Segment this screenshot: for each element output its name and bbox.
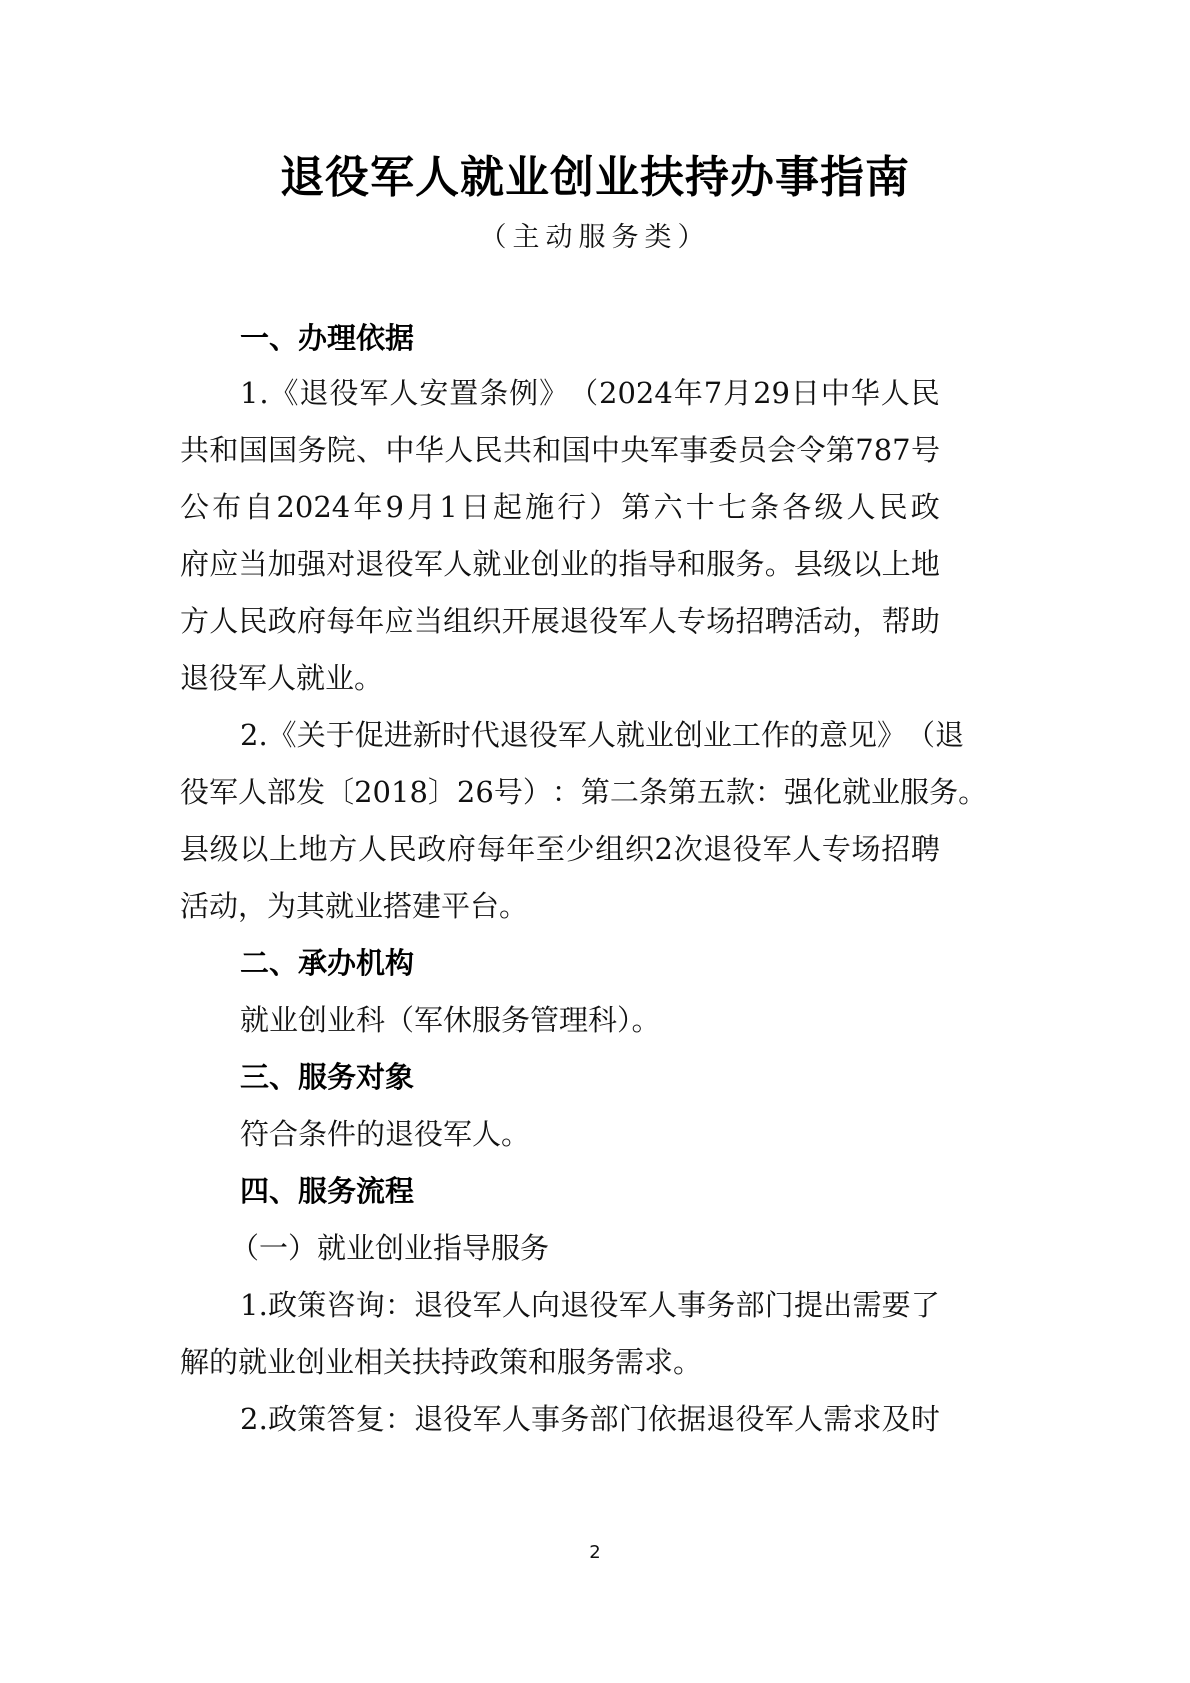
paragraph-line: 方人民政府每年应当组织开展退役军人专场招聘活动，帮助 <box>180 601 940 641</box>
document-title: 退役军人就业创业扶持办事指南 <box>0 150 1190 206</box>
paragraph-line: 公布自2024年9月1日起施行）第六十七条各级人民政 <box>180 487 940 527</box>
section-heading-basis: 一、办理依据 <box>240 318 414 358</box>
paragraph-line: 1.《退役军人安置条例》（2024年7月29日中华人民 <box>240 373 940 413</box>
paragraph-line: 2.政策答复：退役军人事务部门依据退役军人需求及时 <box>240 1399 940 1439</box>
page-number: 2 <box>0 1542 1190 1563</box>
section-heading-process: 四、服务流程 <box>240 1171 414 1211</box>
paragraph-line: 活动，为其就业搭建平台。 <box>180 886 940 926</box>
document-page: 退役军人就业创业扶持办事指南 （主动服务类） 一、办理依据 1.《退役军人安置条… <box>0 0 1190 1683</box>
paragraph-line: 共和国国务院、中华人民共和国中央军事委员会令第787号 <box>180 430 940 470</box>
paragraph-line: 府应当加强对退役军人就业创业的指导和服务。县级以上地 <box>180 544 940 584</box>
section-heading-target: 三、服务对象 <box>240 1057 414 1097</box>
paragraph-line: 符合条件的退役军人。 <box>240 1114 940 1154</box>
paragraph-line: 1.政策咨询：退役军人向退役军人事务部门提出需要了 <box>240 1285 940 1325</box>
paragraph-line: 役军人部发〔2018〕26号）：第二条第五款：强化就业服务。 <box>180 772 940 812</box>
paragraph-line: 2.《关于促进新时代退役军人就业创业工作的意见》（退 <box>240 715 940 755</box>
paragraph-line: 县级以上地方人民政府每年至少组织2次退役军人专场招聘 <box>180 829 940 869</box>
paragraph-line: 就业创业科（军休服务管理科）。 <box>240 1000 940 1040</box>
paragraph-line: 退役军人就业。 <box>180 658 940 698</box>
paragraph-line: 解的就业创业相关扶持政策和服务需求。 <box>180 1342 940 1382</box>
subsection-heading: （一）就业创业指导服务 <box>230 1228 930 1268</box>
section-heading-organization: 二、承办机构 <box>240 943 414 983</box>
document-subtitle: （主动服务类） <box>0 218 1190 258</box>
